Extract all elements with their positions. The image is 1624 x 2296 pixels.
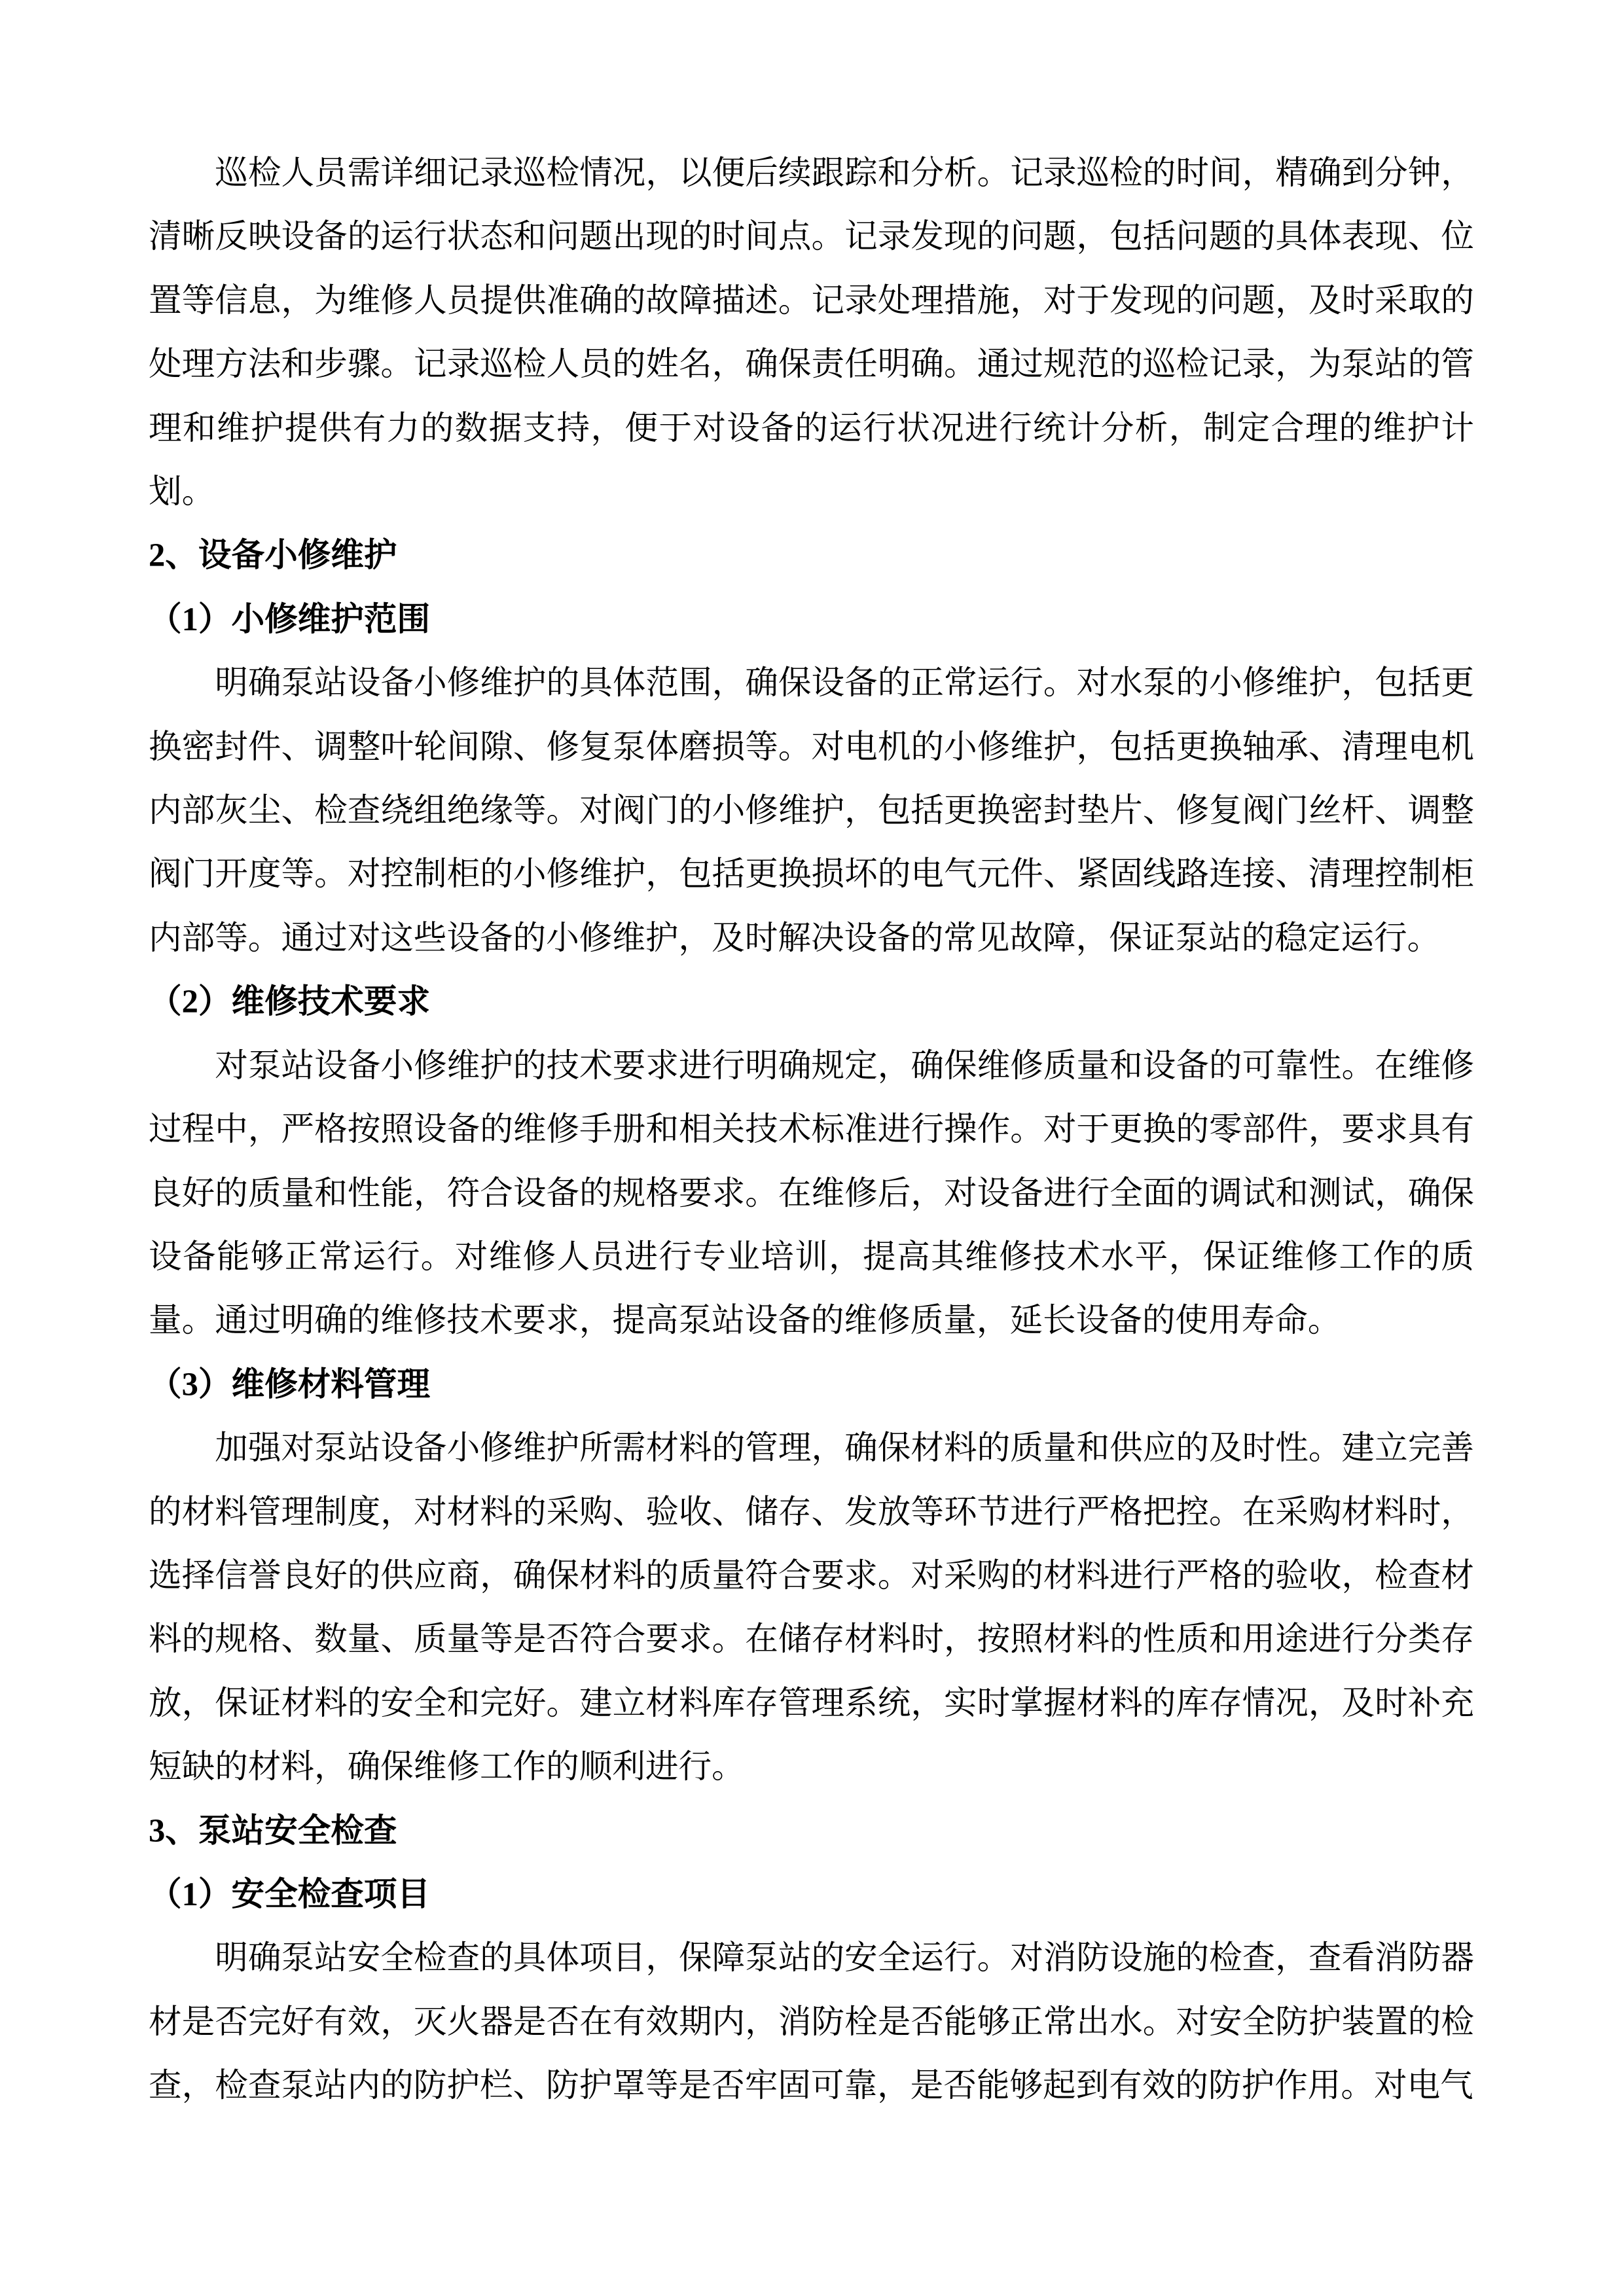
document-page: 巡检人员需详细记录巡检情况，以便后续跟踪和分析。记录巡检的时间，精确到分钟，清晰… [0,0,1624,2296]
document-content: 巡检人员需详细记录巡检情况，以便后续跟踪和分析。记录巡检的时间，精确到分钟，清晰… [149,141,1474,2118]
heading-2-1-repair-scope: （1）小修维护范围 [149,588,1474,651]
paragraph-2-1-repair-scope: 明确泵站设备小修维护的具体范围，确保设备的正常运行。对水泵的小修维护，包括更换密… [149,651,1474,970]
heading-3-1-safety-inspection-items: （1）安全检查项目 [149,1863,1474,1926]
heading-2-2-technical-requirements: （2）维修技术要求 [149,970,1474,1033]
heading-section-2-equipment-minor-repair: 2、设备小修维护 [149,524,1474,587]
heading-2-3-material-management: （3）维修材料管理 [149,1353,1474,1416]
paragraph-3-1-safety-inspection-items: 明确泵站安全检查的具体项目，保障泵站的安全运行。对消防设施的检查，查看消防器材是… [149,1926,1474,2117]
paragraph-2-3-material-management: 加强对泵站设备小修维护所需材料的管理，确保材料的质量和供应的及时性。建立完善的材… [149,1416,1474,1799]
heading-section-3-safety-inspection: 3、泵站安全检查 [149,1799,1474,1863]
paragraph-2-2-technical-requirements: 对泵站设备小修维护的技术要求进行明确规定，确保维修质量和设备的可靠性。在维修过程… [149,1034,1474,1353]
paragraph-inspection-records: 巡检人员需详细记录巡检情况，以便后续跟踪和分析。记录巡检的时间，精确到分钟，清晰… [149,141,1474,524]
